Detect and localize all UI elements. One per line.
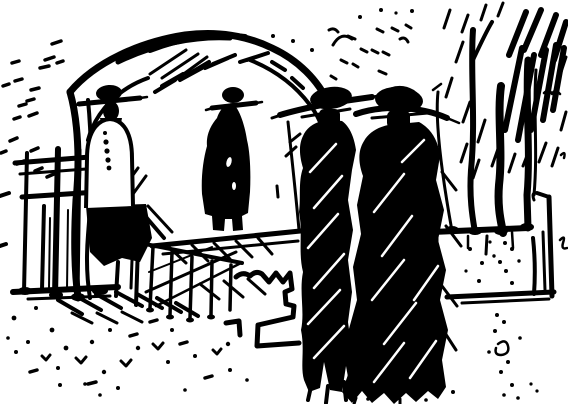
- illustration: [0, 0, 568, 404]
- ink-sketch: [0, 0, 568, 404]
- figure-center: [202, 87, 262, 231]
- figure-right-far: [342, 85, 461, 404]
- sky-marks-right: [271, 8, 414, 79]
- trees: [433, 3, 567, 254]
- sky-marks-left: [0, 41, 63, 246]
- stepped-path: [226, 272, 299, 346]
